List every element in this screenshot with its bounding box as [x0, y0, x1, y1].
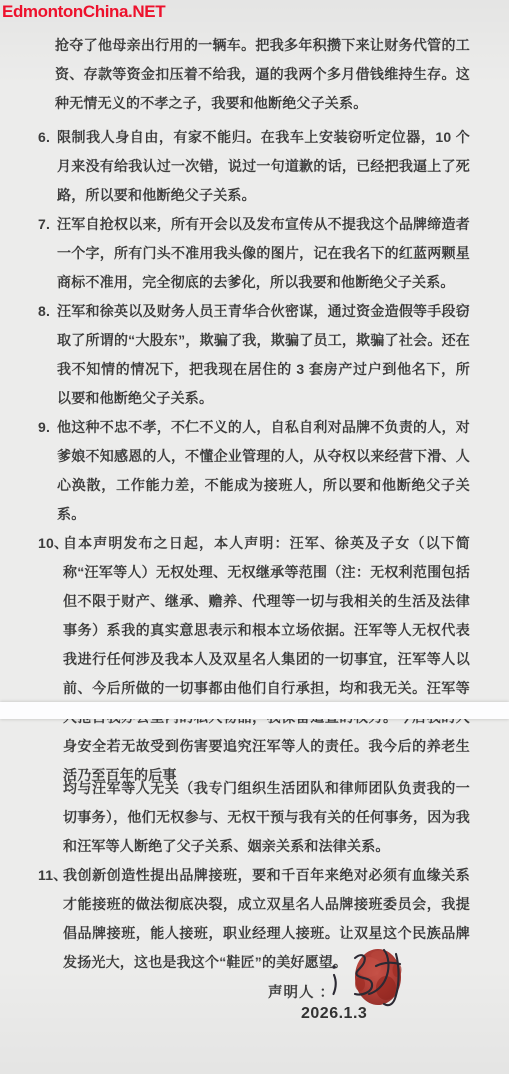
list-item-9: 9. 他这种不忠不孝，不仁不义的人，自私自利对品牌不负责的人，对爹娘不知感恩的人… — [38, 413, 470, 529]
item-number: 10、 — [38, 529, 68, 558]
paragraph-item5-continuation: 抢夺了他母亲出行用的一辆车。把我多年积攒下来让财务代管的工资、存款等资金扣压着不… — [38, 31, 470, 118]
item-number: 9. — [38, 413, 50, 442]
document-date: 2026.1.3 — [301, 1005, 367, 1023]
list-item-6: 6. 限制我人身自由，有家不能归。在我车上安装窃听定位器，10 个月来没有给我认… — [38, 123, 470, 210]
item-number: 8. — [38, 297, 50, 326]
item-text: 他这种不忠不孝，不仁不义的人，自私自利对品牌不负责的人，对爹娘不知感恩的人，不懂… — [57, 419, 470, 522]
page-break-gap — [0, 702, 509, 719]
paragraph-item10-continuation: 均与汪军等人无关（我专门组织生活团队和律师团队负责我的一切事务），他们无权参与、… — [38, 774, 470, 861]
item-text: 自本声明发布之日起，本人声明：汪军、徐英及子女（以下简称“汪军等人）无权处理、无… — [63, 535, 470, 783]
item-text: 汪军和徐英以及财务人员王青华合伙密谋，通过资金造假等手段窃取了所谓的“大股东”，… — [57, 303, 470, 406]
list-item-8: 8. 汪军和徐英以及财务人员王青华合伙密谋，通过资金造假等手段窃取了所谓的“大股… — [38, 297, 470, 413]
list-item-7: 7. 汪军自抢权以来，所有开会以及发布宣传从不提我这个品牌缔造者一个字，所有门头… — [38, 210, 470, 297]
item-number: 11、 — [38, 861, 67, 890]
item-number: 6. — [38, 123, 50, 152]
item-text: 汪军自抢权以来，所有开会以及发布宣传从不提我这个品牌缔造者一个字，所有门头不准用… — [57, 216, 470, 290]
list-item-10: 10、 自本声明发布之日起，本人声明：汪军、徐英及子女（以下简称“汪军等人）无权… — [38, 529, 470, 790]
declarant-label: 声明人 ： — [268, 981, 335, 1002]
photographed-document-post: EdmontonChina.NET 抢夺了他母亲出行用的一辆车。把我多年积攒下来… — [0, 0, 509, 1074]
item-number: 7. — [38, 210, 50, 239]
site-watermark-logo: EdmontonChina.NET — [2, 2, 165, 22]
document-page-1: 抢夺了他母亲出行用的一辆车。把我多年积攒下来让财务代管的工资、存款等资金扣压着不… — [38, 31, 470, 790]
item-text: 限制我人身自由，有家不能归。在我车上安装窃听定位器，10 个月来没有给我认过一次… — [57, 129, 470, 203]
